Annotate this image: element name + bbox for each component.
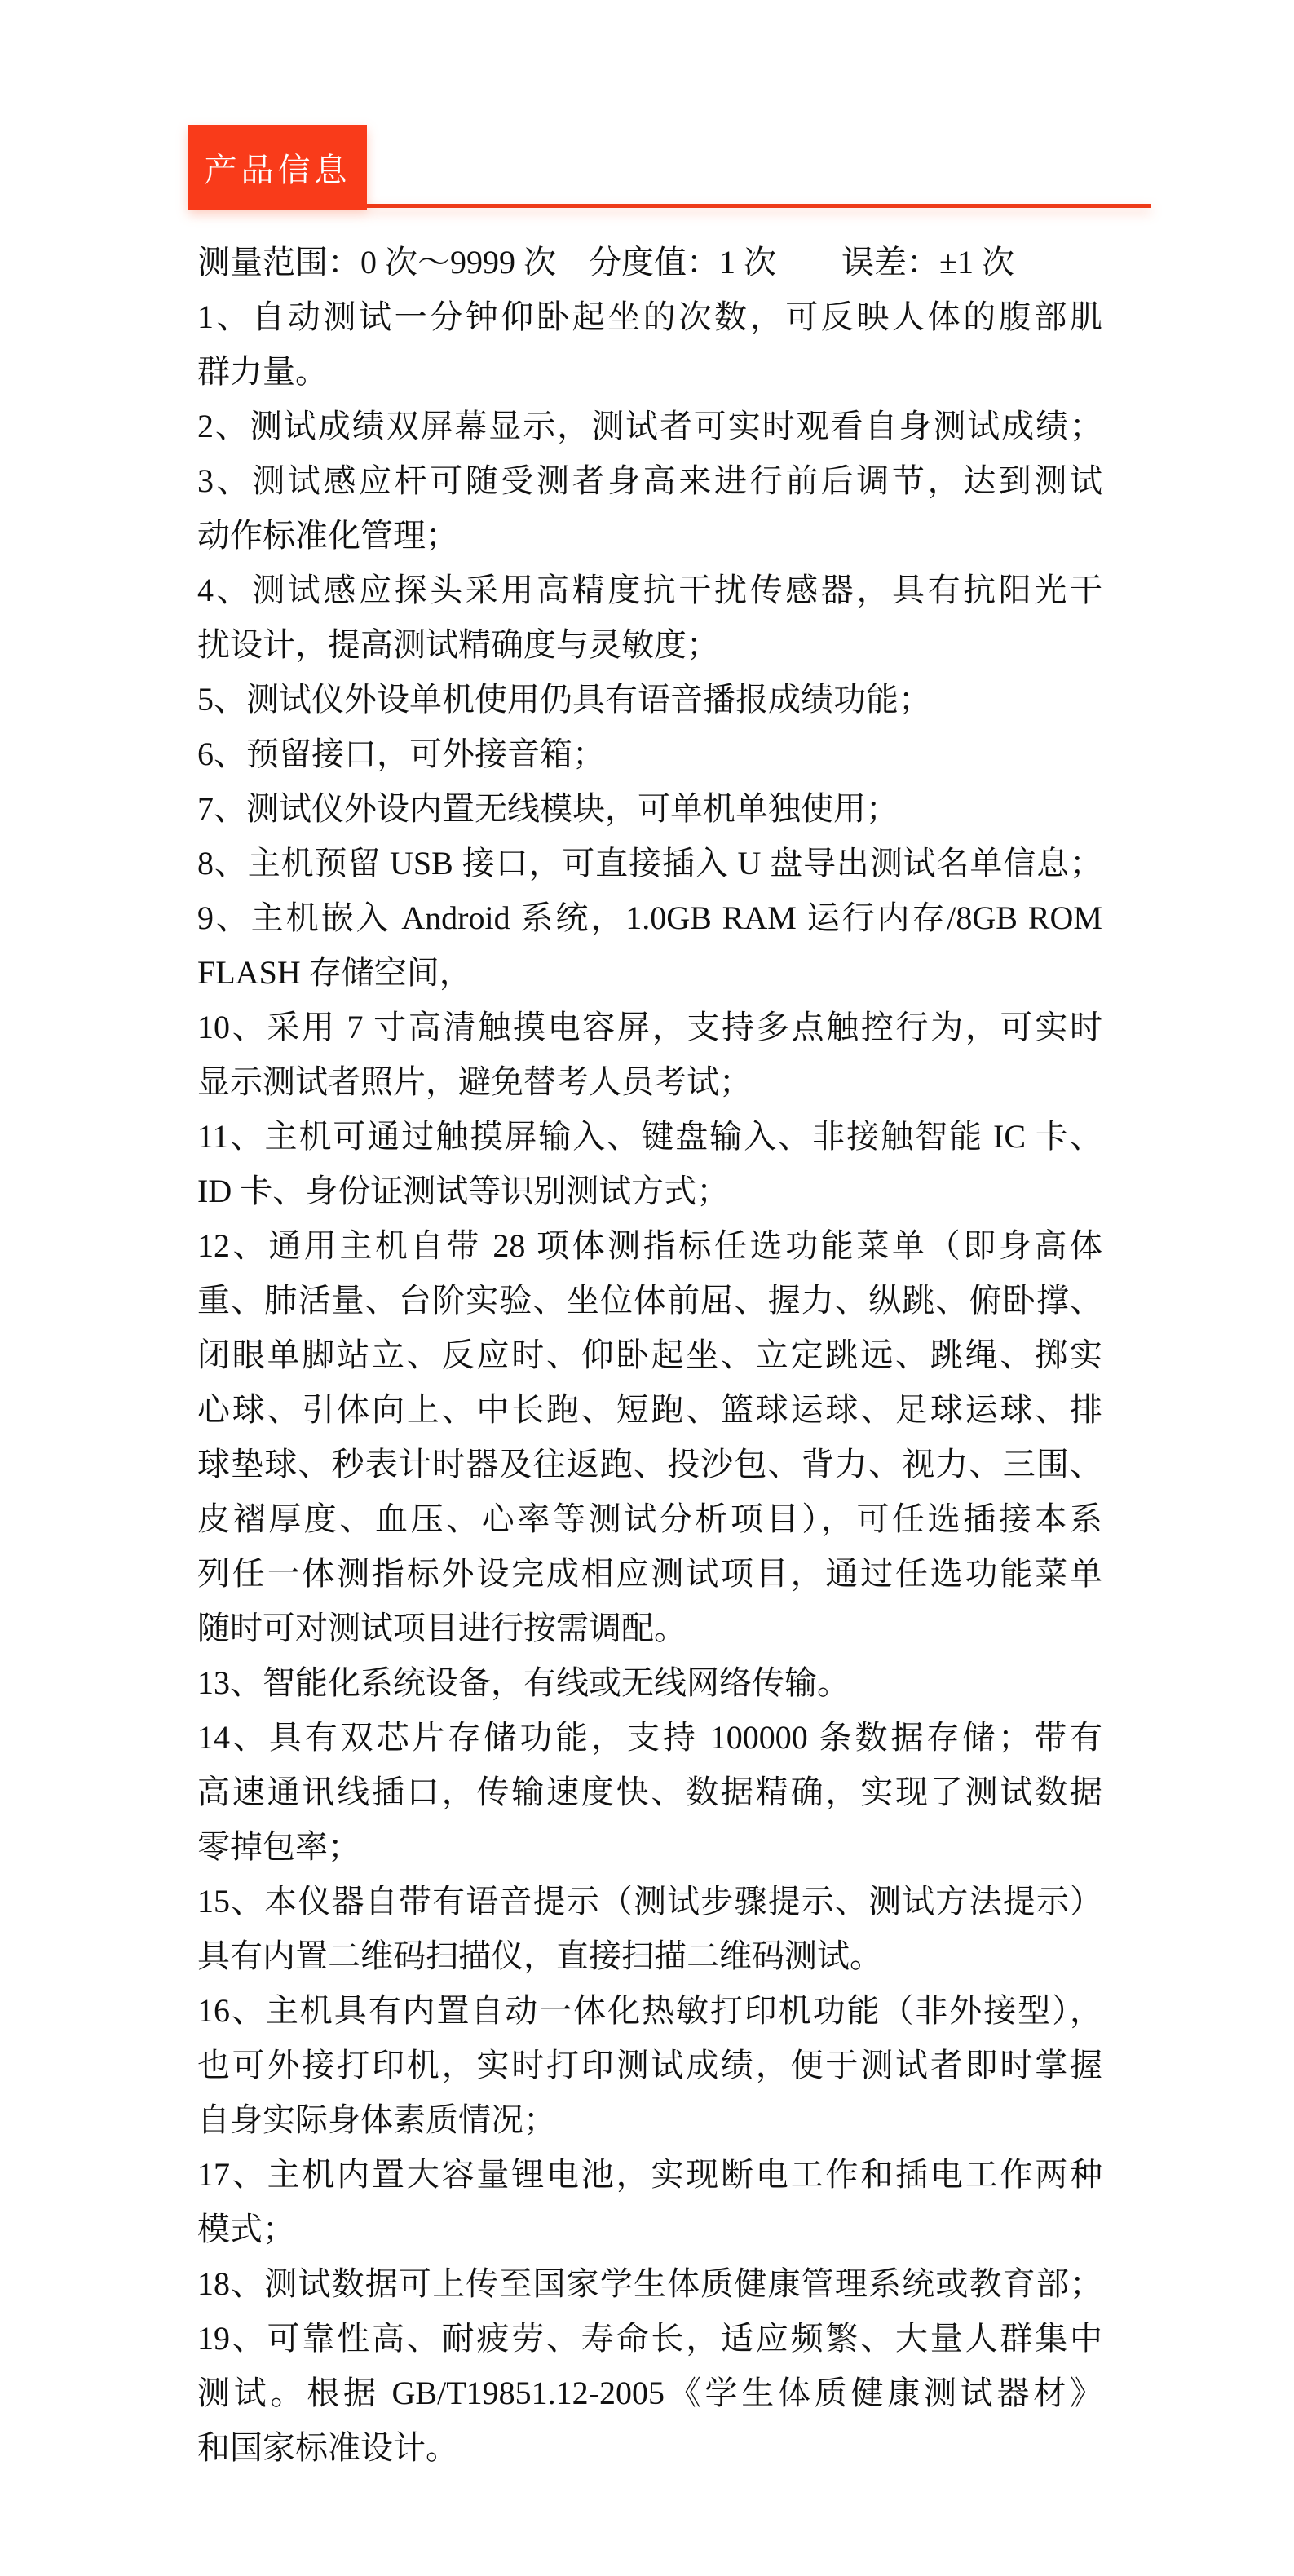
text-line: 测量范围：0 次～9999 次 分度值：1 次 误差：±1 次 xyxy=(197,235,1102,289)
text-line: 12、通用主机自带 28 项体测指标任选功能菜单（即身高体 xyxy=(197,1218,1102,1273)
text-line: 群力量。 xyxy=(197,344,1102,399)
text-line: 19、可靠性高、耐疲劳、寿命长，适应频繁、大量人群集中 xyxy=(197,2311,1102,2366)
text-line: 和国家标准设计。 xyxy=(197,2420,1102,2475)
text-line: 3、测试感应杆可随受测者身高来进行前后调节，达到测试 xyxy=(197,453,1102,508)
text-line: 10、采用 7 寸高清触摸电容屏，支持多点触控行为，可实时 xyxy=(197,1000,1102,1054)
text-line: 6、预留接口，可外接音箱； xyxy=(197,727,1102,781)
text-line: FLASH 存储空间， xyxy=(197,945,1102,1000)
header-divider-line xyxy=(367,204,1151,208)
text-line: 扰设计，提高测试精确度与灵敏度； xyxy=(197,617,1102,672)
text-line: 14、具有双芯片存储功能，支持 100000 条数据存储；带有 xyxy=(197,1710,1102,1765)
text-line: 高速通讯线插口，传输速度快、数据精确，实现了测试数据 xyxy=(197,1765,1102,1819)
content-lines: 测量范围：0 次～9999 次 分度值：1 次 误差：±1 次1、自动测试一分钟… xyxy=(197,235,1102,2475)
text-line: 7、测试仪外设内置无线模块，可单机单独使用； xyxy=(197,781,1102,836)
text-line: 动作标准化管理； xyxy=(197,508,1102,563)
badge-label: 产品信息 xyxy=(205,144,351,191)
product-info-badge: 产品信息 xyxy=(188,125,367,210)
text-line: 球垫球、秒表计时器及往返跑、投沙包、背力、视力、三围、 xyxy=(197,1437,1102,1491)
text-line: 9、主机嵌入 Android 系统，1.0GB RAM 运行内存/8GB ROM xyxy=(197,890,1102,945)
text-line: 零掉包率； xyxy=(197,1819,1102,1874)
text-line: 1、自动测试一分钟仰卧起坐的次数，可反映人体的腹部肌 xyxy=(197,289,1102,344)
text-line: 16、主机具有内置自动一体化热敏打印机功能（非外接型）， xyxy=(197,1983,1102,2038)
text-line: 11、主机可通过触摸屏输入、键盘输入、非接触智能 IC 卡、 xyxy=(197,1109,1102,1164)
text-line: 8、主机预留 USB 接口，可直接插入 U 盘导出测试名单信息； xyxy=(197,836,1102,890)
text-line: 18、测试数据可上传至国家学生体质健康管理系统或教育部； xyxy=(197,2256,1102,2311)
text-line: ID 卡、身份证测试等识别测试方式； xyxy=(197,1164,1102,1218)
text-line: 也可外接打印机，实时打印测试成绩，便于测试者即时掌握 xyxy=(197,2038,1102,2092)
text-line: 15、本仪器自带有语音提示（测试步骤提示、测试方法提示） xyxy=(197,1874,1102,1929)
text-line: 闭眼单脚站立、反应时、仰卧起坐、立定跳远、跳绳、掷实 xyxy=(197,1328,1102,1382)
text-line: 4、测试感应探头采用高精度抗干扰传感器，具有抗阳光干 xyxy=(197,563,1102,617)
text-line: 列任一体测指标外设完成相应测试项目，通过任选功能菜单 xyxy=(197,1546,1102,1601)
text-line: 重、肺活量、台阶实验、坐位体前屈、握力、纵跳、俯卧撑、 xyxy=(197,1273,1102,1328)
text-line: 具有内置二维码扫描仪，直接扫描二维码测试。 xyxy=(197,1929,1102,1983)
text-line: 心球、引体向上、中长跑、短跑、篮球运球、足球运球、排 xyxy=(197,1382,1102,1437)
section-header: 产品信息 xyxy=(0,0,1294,245)
text-line: 显示测试者照片，避免替考人员考试； xyxy=(197,1054,1102,1109)
text-line: 2、测试成绩双屏幕显示，测试者可实时观看自身测试成绩； xyxy=(197,399,1102,453)
text-line: 17、主机内置大容量锂电池，实现断电工作和插电工作两种 xyxy=(197,2147,1102,2202)
text-line: 13、智能化系统设备，有线或无线网络传输。 xyxy=(197,1655,1102,1710)
text-line: 自身实际身体素质情况； xyxy=(197,2092,1102,2147)
text-line: 测试。根据 GB/T19851.12-2005《学生体质健康测试器材》 xyxy=(197,2366,1102,2420)
text-line: 皮褶厚度、血压、心率等测试分析项目），可任选插接本系 xyxy=(197,1491,1102,1546)
text-line: 5、测试仪外设单机使用仍具有语音播报成绩功能； xyxy=(197,672,1102,727)
text-line: 模式； xyxy=(197,2202,1102,2256)
text-line: 随时可对测试项目进行按需调配。 xyxy=(197,1601,1102,1655)
